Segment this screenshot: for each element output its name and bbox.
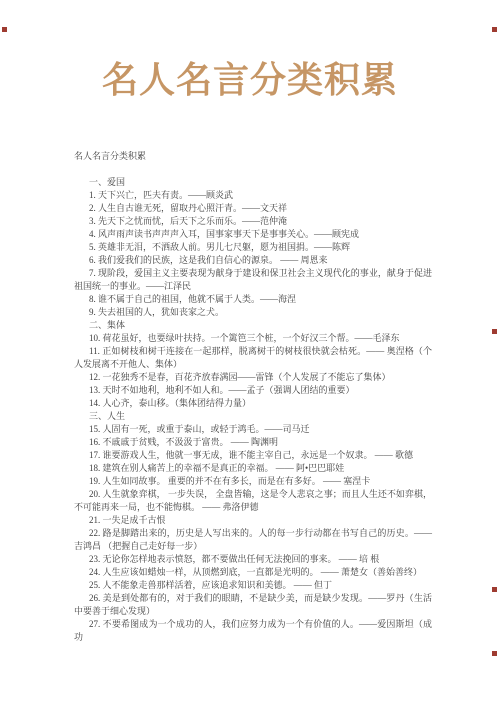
- quote-item: 1. 天下兴亡，匹夫有责。——顾炎武: [74, 189, 432, 202]
- quote-item: 6. 我们爱我们的民族，这是我们自信心的源泉。 —— 周恩来: [74, 254, 432, 267]
- quote-item: 3. 先天下之忧而忧，后天下之乐而乐。——范仲淹: [74, 215, 432, 228]
- edge-marker: [492, 329, 497, 334]
- document-page: 名人名言分类积累 名人名言分类积累 一、爱国 1. 天下兴亡，匹夫有责。——顾炎…: [0, 0, 500, 707]
- quote-item: 26. 美是到处都有的，对于我们的眼睛，不是缺少美，而是缺少发现。——罗丹（生活…: [74, 592, 432, 618]
- quote-item: 10. 荷花虽好，也要绿叶扶持。一个篱笆三个桩，一个好汉三个帮。——毛泽东: [74, 332, 432, 345]
- document-title: 名人名言分类积累: [0, 56, 500, 104]
- section-heading-collective: 二、集体: [74, 319, 432, 332]
- edge-marker: [492, 651, 497, 656]
- quote-item: 16. 不戚戚于贫贱，不汲汲于富贵。 —— 陶渊明: [74, 436, 432, 449]
- quote-item: 15. 人固有一死，或重于泰山，或轻于鸿毛。——司马迁: [74, 423, 432, 436]
- quote-item: 27. 不要希图成为一个成功的人，我们应努力成为一个有价值的人。——爱因斯坦（成…: [74, 618, 432, 644]
- section-heading-life: 三、人生: [74, 410, 432, 423]
- section-heading-patriotism: 一、爱国: [74, 176, 432, 189]
- corner-marker: [492, 27, 497, 32]
- quote-item: 23. 无论你怎样地表示愤怒，都不要做出任何无法挽回的事来。 —— 培 根: [74, 553, 432, 566]
- quote-item: 5. 英雄非无泪，不洒敌人前。男儿七尺躯，愿为祖国捐。——陈辉: [74, 241, 432, 254]
- quote-item: 7. 现阶段，爱国主义主要表现为献身于建设和保卫社会主义现代化的事业，献身于促进…: [74, 267, 432, 293]
- body-subtitle: 名人名言分类积累: [74, 150, 432, 163]
- quote-item: 22. 路是脚踏出来的，历史是人写出来的。人的每一步行动都在书写自己的历史。——…: [74, 527, 432, 553]
- quote-item: 12. 一花独秀不是春，百花齐放春满园——雷锋（个人发展了不能忘了集体）: [74, 371, 432, 384]
- quote-item: 9. 失去祖国的人，犹如丧家之犬。: [74, 306, 432, 319]
- quote-item: 11. 正如树枝和树干连接在一起那样，脱离树干的树枝很快就会枯死。—— 奥涅格（…: [74, 345, 432, 371]
- document-body: 名人名言分类积累 一、爱国 1. 天下兴亡，匹夫有责。——顾炎武 2. 人生自古…: [74, 150, 432, 644]
- quote-item: 25. 人不能象走兽那样活着，应该追求知识和美德。 —— 但丁: [74, 579, 432, 592]
- quote-item: 21. 一失足成千古恨: [74, 514, 432, 527]
- quote-item: 19. 人生如同故事。 重要的并不在有多长，而是在有多好。 —— 塞涅卡: [74, 475, 432, 488]
- quote-item: 20. 人生就象弈棋， 一步失误， 全盘皆输，这是令人悲哀之事；而且人生还不如弈…: [74, 488, 432, 514]
- quote-item: 24. 人生应该如蜡烛一样，从顶燃到底，一直都是光明的。 —— 萧楚女（善始善终…: [74, 566, 432, 579]
- quote-item: 14. 人心齐，泰山移。（集体团结得力量）: [74, 397, 432, 410]
- quote-item: 2. 人生自古谁无死，留取丹心照汗青。——文天祥: [74, 202, 432, 215]
- quote-item: 17. 谁要游戏人生，他就一事无成，谁不能主宰自己，永远是一个奴隶。 —— 歌德: [74, 449, 432, 462]
- quote-item: 8. 谁不属于自己的祖国，他就不属于人类。——海涅: [74, 293, 432, 306]
- quote-item: 4. 风声雨声读书声声声入耳，国事家事天下是事事关心。——顾宪成: [74, 228, 432, 241]
- quote-item: 13. 天时不如地利，地利不如人和。——孟子（强调人团结的重要）: [74, 384, 432, 397]
- quote-item: 18. 建筑在别人痛苦上的幸福不是真正的幸福。 —— 阿•巴巴耶娃: [74, 462, 432, 475]
- edge-marker: [492, 587, 497, 592]
- corner-marker: [2, 27, 7, 32]
